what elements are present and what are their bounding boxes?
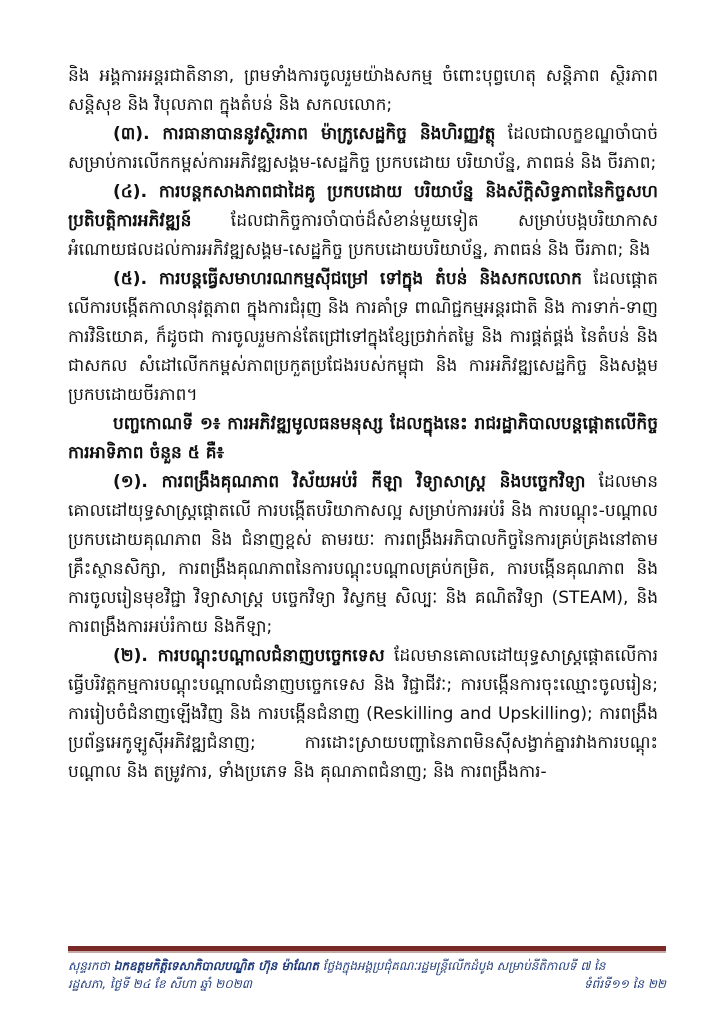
- item-5-heading: (៥). ការបន្តធ្វើសមាហរណកម្មស៊ីជម្រៅ ទៅក្ន…: [113, 269, 582, 289]
- paragraph-item-5: (៥). ការបន្តធ្វើសមាហរណកម្មស៊ីជម្រៅ ទៅក្ន…: [68, 265, 658, 410]
- footer-speaker: ឯកឧត្តមកិត្តិទេសាភិបាលបណ្ឌិត ហ៊ុន ម៉ាណែត: [114, 959, 319, 973]
- page-footer: សុន្ទរកថា ឯកឧត្តមកិត្តិទេសាភិបាលបណ្ឌិត ហ…: [68, 946, 666, 993]
- document-body: និង អង្គការអន្តរជាតិនានា, ព្រមទាំងការចូល…: [68, 62, 658, 787]
- paragraph-item-4: (៤). ការបន្តកសាងភាពជាដៃគូ ប្រកបដោយ បរិយា…: [68, 178, 658, 265]
- footer-row-2: រដ្ឋសភា, ថ្ងៃទី ២៤ ខែ សីហា ឆ្នាំ ២០២៣ ទំ…: [68, 975, 666, 993]
- p1-item-1-heading: (១). ការពង្រឹងគុណភាព វិស័យអប់រំ កីឡា វិទ…: [113, 472, 585, 492]
- footer-date: រដ្ឋសភា, ថ្ងៃទី ២៤ ខែ សីហា ឆ្នាំ ២០២៣: [68, 975, 252, 993]
- footer-divider: [68, 946, 666, 953]
- p1-item-2-text: ដែលមានគោលដៅយុទ្ធសាស្ត្រផ្តោតលើការធ្វើបរិ…: [68, 646, 658, 782]
- item-5-text: ដែលផ្តោតលើការបង្កើតកាលានុវត្តភាព ក្នុងកា…: [68, 269, 658, 405]
- footer-suffix: ថ្លែងក្នុងអង្គប្រជុំគណៈរដ្ឋមន្ត្រីលើកដំប…: [319, 959, 605, 973]
- paragraph-item-3: (៣). ការធានាបាននូវស្ថិរភាព ម៉ាក្រូសេដ្ឋក…: [68, 120, 658, 178]
- page-number: ទំព័រទី១១ នៃ ២២: [584, 975, 666, 993]
- p1-item-2-heading: (២). ការបណ្តុះបណ្តាលជំនាញបច្ចេកទេស: [113, 646, 385, 666]
- footer-caption: សុន្ទរកថា ឯកឧត្តមកិត្តិទេសាភិបាលបណ្ឌិត ហ…: [68, 957, 666, 975]
- pentagon-1-heading: បញ្ចកោណទី ១៖ ការអភិវឌ្ឍមូលធនមនុស្ស ដែលក្…: [68, 410, 658, 468]
- p1-item-1-text: ដែលមានគោលដៅយុទ្ធសាស្ត្រផ្តោតលើ ការបង្កើត…: [68, 472, 658, 637]
- pentagon-1-label: បញ្ចកោណទី ១៖: [113, 414, 220, 434]
- paragraph-text: និង អង្គការអន្តរជាតិនានា, ព្រមទាំងការចូល…: [68, 66, 658, 115]
- item-3-heading: (៣). ការធានាបាននូវស្ថិរភាព ម៉ាក្រូសេដ្ឋក…: [113, 124, 495, 144]
- paragraph-intro-continuation: និង អង្គការអន្តរជាតិនានា, ព្រមទាំងការចូល…: [68, 62, 658, 120]
- paragraph-p1-item-1: (១). ការពង្រឹងគុណភាព វិស័យអប់រំ កីឡា វិទ…: [68, 468, 658, 642]
- paragraph-p1-item-2: (២). ការបណ្តុះបណ្តាលជំនាញបច្ចេកទេស ដែលមា…: [68, 642, 658, 787]
- footer-prefix: សុន្ទរកថា: [68, 959, 114, 973]
